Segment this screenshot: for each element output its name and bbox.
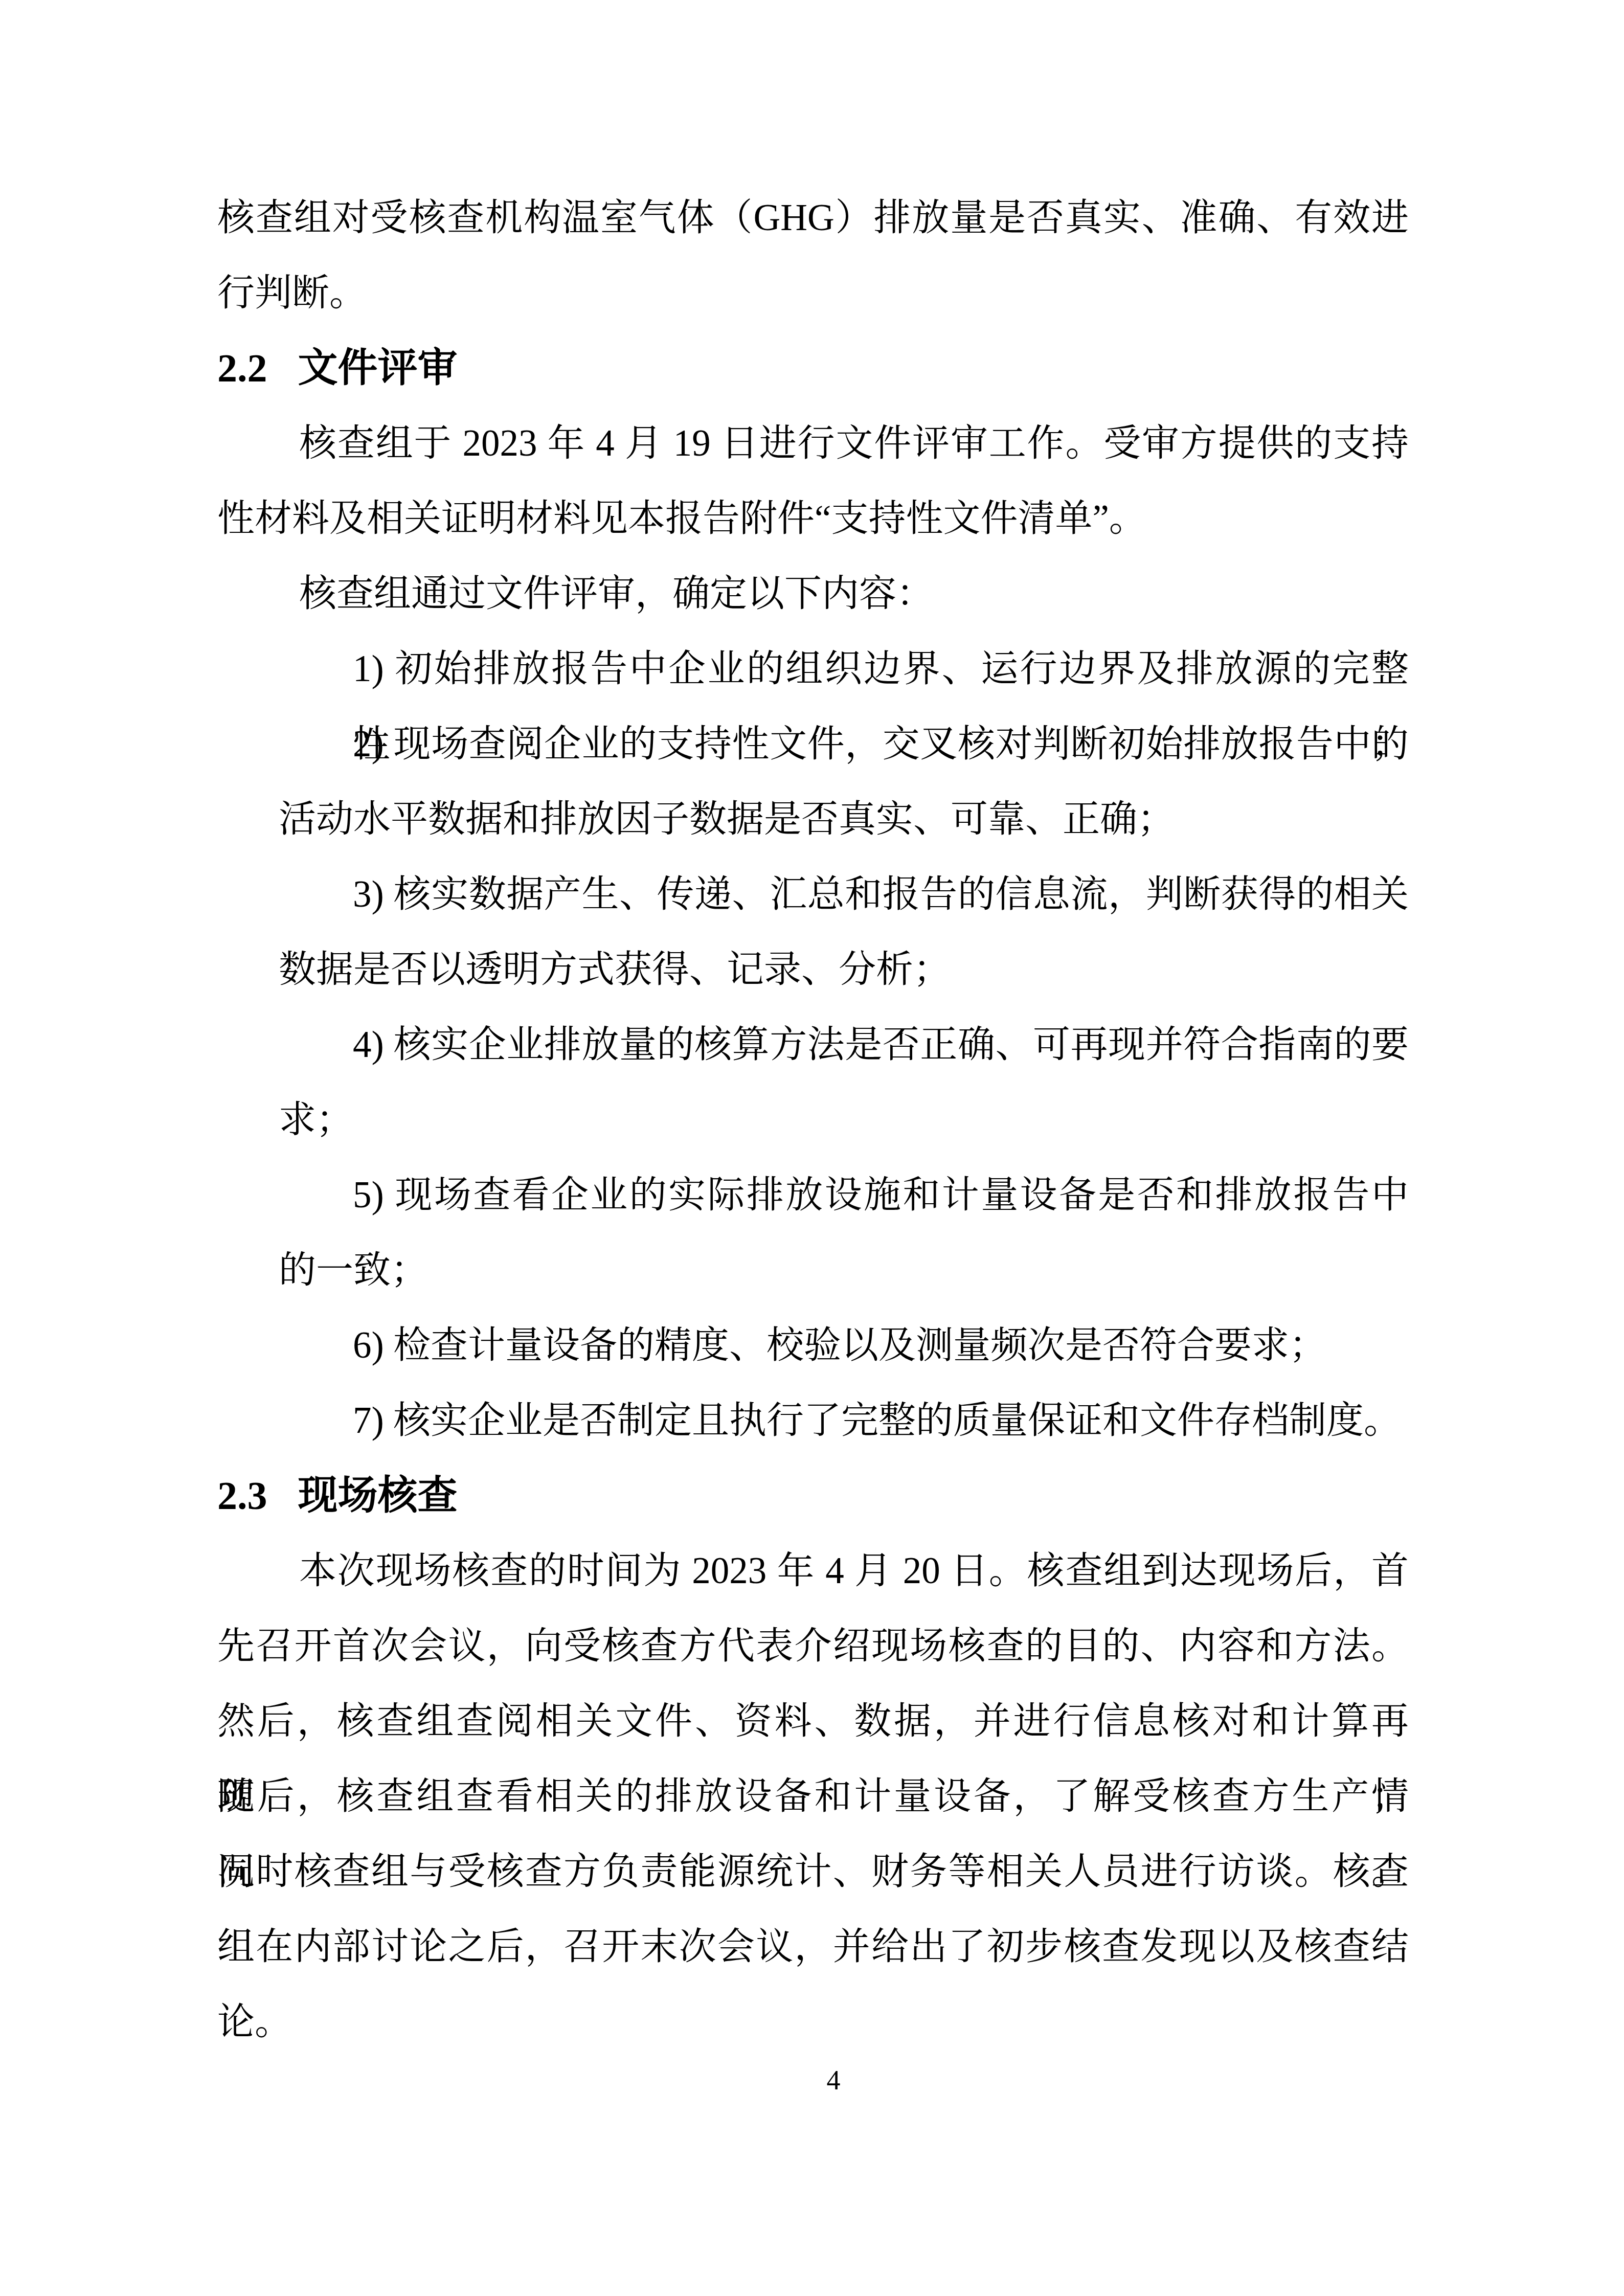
section-heading-2-2: 2.2文件评审 — [217, 330, 1409, 406]
paragraph-line: 核查组对受核查机构温室气体（GHG）排放量是否真实、准确、有效进 — [217, 180, 1409, 255]
section-number: 2.3 — [217, 1473, 267, 1518]
list-item-line: 1) 初始排放报告中企业的组织边界、运行边界及排放源的完整性； — [217, 631, 1409, 706]
list-item-line: 的一致； — [217, 1232, 1409, 1308]
paragraph-line: 核查组于 2023 年 4 月 19 日进行文件评审工作。受审方提供的支持 — [217, 406, 1409, 481]
paragraph-line: 性材料及相关证明材料见本报告附件“支持性文件清单”。 — [217, 481, 1409, 556]
list-item-line: 求； — [217, 1082, 1409, 1157]
list-item-line: 4) 核实企业排放量的核算方法是否正确、可再现并符合指南的要 — [217, 1007, 1409, 1082]
paragraph-line: 核查组通过文件评审，确定以下内容： — [217, 556, 1409, 631]
paragraph-line: 随后，核查组查看相关的排放设备和计量设备，了解受核查方生产情况。 — [217, 1759, 1409, 1834]
paragraph-line: 组在内部讨论之后，召开末次会议，并给出了初步核查发现以及核查结 — [217, 1909, 1409, 1984]
section-number: 2.2 — [217, 346, 267, 390]
paragraph-line: 然后，核查组查阅相关文件、资料、数据，并进行信息核对和计算再现； — [217, 1683, 1409, 1759]
list-item-line: 3) 核实数据产生、传递、汇总和报告的信息流，判断获得的相关 — [217, 857, 1409, 932]
page-number: 4 — [827, 2065, 841, 2096]
section-heading-2-3: 2.3现场核查 — [217, 1458, 1409, 1533]
paragraph-line: 论。 — [217, 1984, 1409, 2059]
list-item-line: 6) 检查计量设备的精度、校验以及测量频次是否符合要求； — [217, 1308, 1409, 1383]
list-item-line: 数据是否以透明方式获得、记录、分析； — [217, 932, 1409, 1007]
section-title: 现场核查 — [298, 1473, 458, 1518]
paragraph-line: 行判断。 — [217, 255, 1409, 330]
list-item-line: 7) 核实企业是否制定且执行了完整的质量保证和文件存档制度。 — [217, 1383, 1409, 1458]
paragraph-line: 先召开首次会议，向受核查方代表介绍现场核查的目的、内容和方法。 — [217, 1608, 1409, 1683]
paragraph-line: 本次现场核查的时间为 2023 年 4 月 20 日。核查组到达现场后，首 — [217, 1533, 1409, 1608]
list-item-line: 5) 现场查看企业的实际排放设施和计量设备是否和排放报告中 — [217, 1157, 1409, 1232]
document-page: 核查组对受核查机构温室气体（GHG）排放量是否真实、准确、有效进 行判断。 2.… — [0, 0, 1624, 2296]
list-item-line: 2) 现场查阅企业的支持性文件，交叉核对判断初始排放报告中的 — [217, 706, 1409, 781]
paragraph-line: 同时核查组与受核查方负责能源统计、财务等相关人员进行访谈。核查 — [217, 1834, 1409, 1909]
list-item-line: 活动水平数据和排放因子数据是否真实、可靠、正确； — [217, 781, 1409, 857]
section-title: 文件评审 — [298, 346, 458, 390]
